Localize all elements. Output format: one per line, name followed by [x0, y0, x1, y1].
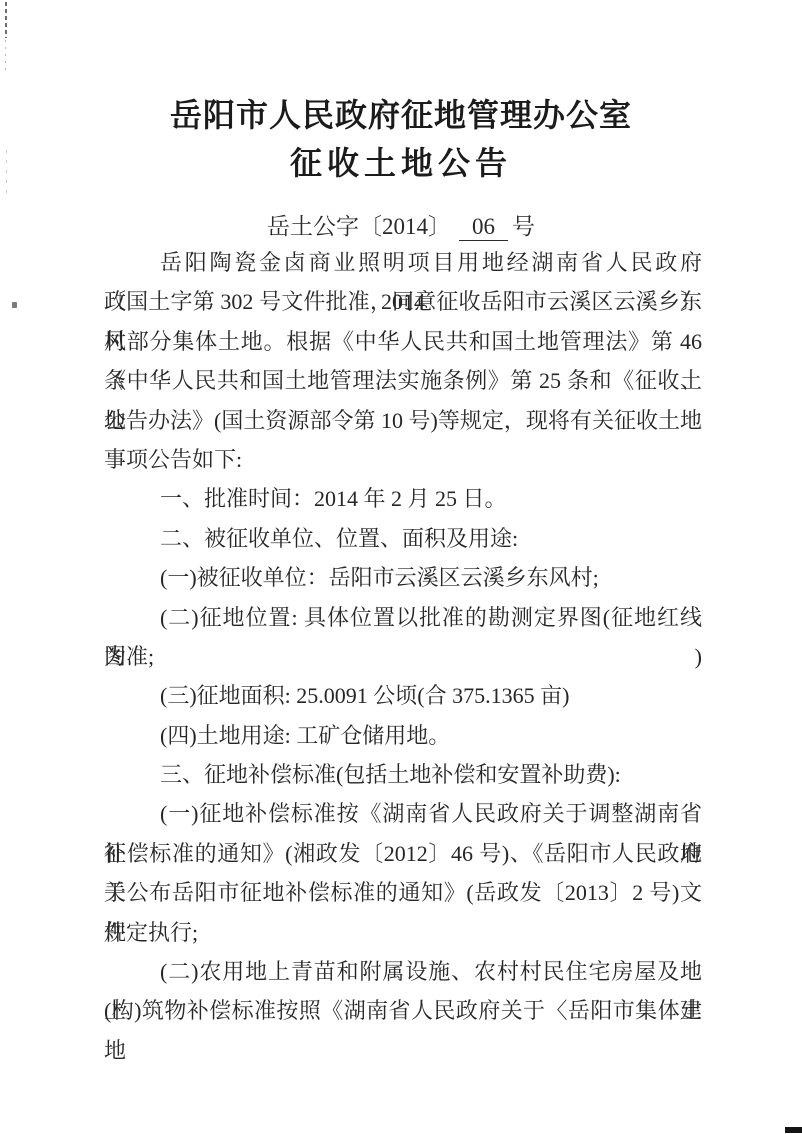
- body-line: 于公布岳阳市征地补偿标准的通知》(岳政发〔2013〕2 号)文件: [104, 873, 702, 912]
- body-line: (构)筑物补偿标准按照《湖南省人民政府关于〈岳阳市集体土地: [104, 991, 702, 1030]
- scan-corner-mark-artifact: [785, 1127, 802, 1133]
- body-line: 一、批准时间：2014 年 2 月 25 日。: [104, 479, 702, 518]
- body-line: 三、征地补偿标准(包括土地补偿和安置补助费):: [104, 755, 702, 794]
- body-line: 二、被征收单位、位置、面积及用途:: [104, 519, 702, 558]
- body-line: (二)征地位置: 具体位置以批准的勘测定界图(征地红线图): [104, 598, 702, 637]
- scan-speck-artifact: [12, 302, 17, 308]
- document-title-line2: 征收土地公告: [0, 138, 802, 184]
- scanned-document-page: 岳阳市人民政府征地管理办公室 征收土地公告 岳土公字〔2014〕06号 岳阳陶瓷…: [0, 0, 802, 1134]
- body-line: 事项公告如下:: [104, 440, 702, 479]
- document-number-suffix: 号: [512, 214, 535, 239]
- body-line: (三)征地面积: 25.0091 公顷(合 375.1365 亩): [104, 676, 702, 715]
- body-line: 《中华人民共和国土地管理法实施条例》第 25 条和《征收土地: [104, 361, 702, 400]
- document-number: 岳土公字〔2014〕06号: [0, 208, 802, 241]
- document-number-prefix: 岳土公字〔2014〕: [267, 214, 451, 239]
- body-line: 岳阳陶瓷金卤商业照明项目用地经湖南省人民政府〔2014〕: [104, 243, 702, 282]
- scan-edge-dash-artifact: [5, 2, 7, 38]
- body-line: (四)土地用途: 工矿仓储用地。: [104, 716, 702, 755]
- body-line: 村部分集体土地。根据《中华人民共和国土地管理法》第 46 条、: [104, 322, 702, 361]
- body-line: 政国土字第 302 号文件批准，同意征收岳阳市云溪区云溪乡东风: [104, 282, 702, 321]
- document-body: 岳阳陶瓷金卤商业照明项目用地经湖南省人民政府〔2014〕政国土字第 302 号文…: [104, 243, 702, 1031]
- scan-edge-dash-artifact: [5, 40, 6, 74]
- body-line: 规定执行;: [104, 913, 702, 952]
- body-line: (二)农用地上青苗和附属设施、农村村民住宅房屋及地上建: [104, 952, 702, 991]
- document-number-value: 06: [459, 214, 508, 241]
- document-title-line1: 岳阳市人民政府征地管理办公室: [0, 90, 802, 136]
- scan-edge-dash-artifact: [6, 150, 7, 196]
- body-line: (一)征地补偿标准按《湖南省人民政府关于调整湖南省征地: [104, 794, 702, 833]
- body-line: 公告办法》(国土资源部令第 10 号)等规定，现将有关征收土地: [104, 401, 702, 440]
- body-line: 补偿标准的通知》(湘政发〔2012〕46 号)、《岳阳市人民政府关: [104, 834, 702, 873]
- body-line: (一)被征收单位：岳阳市云溪区云溪乡东风村;: [104, 558, 702, 597]
